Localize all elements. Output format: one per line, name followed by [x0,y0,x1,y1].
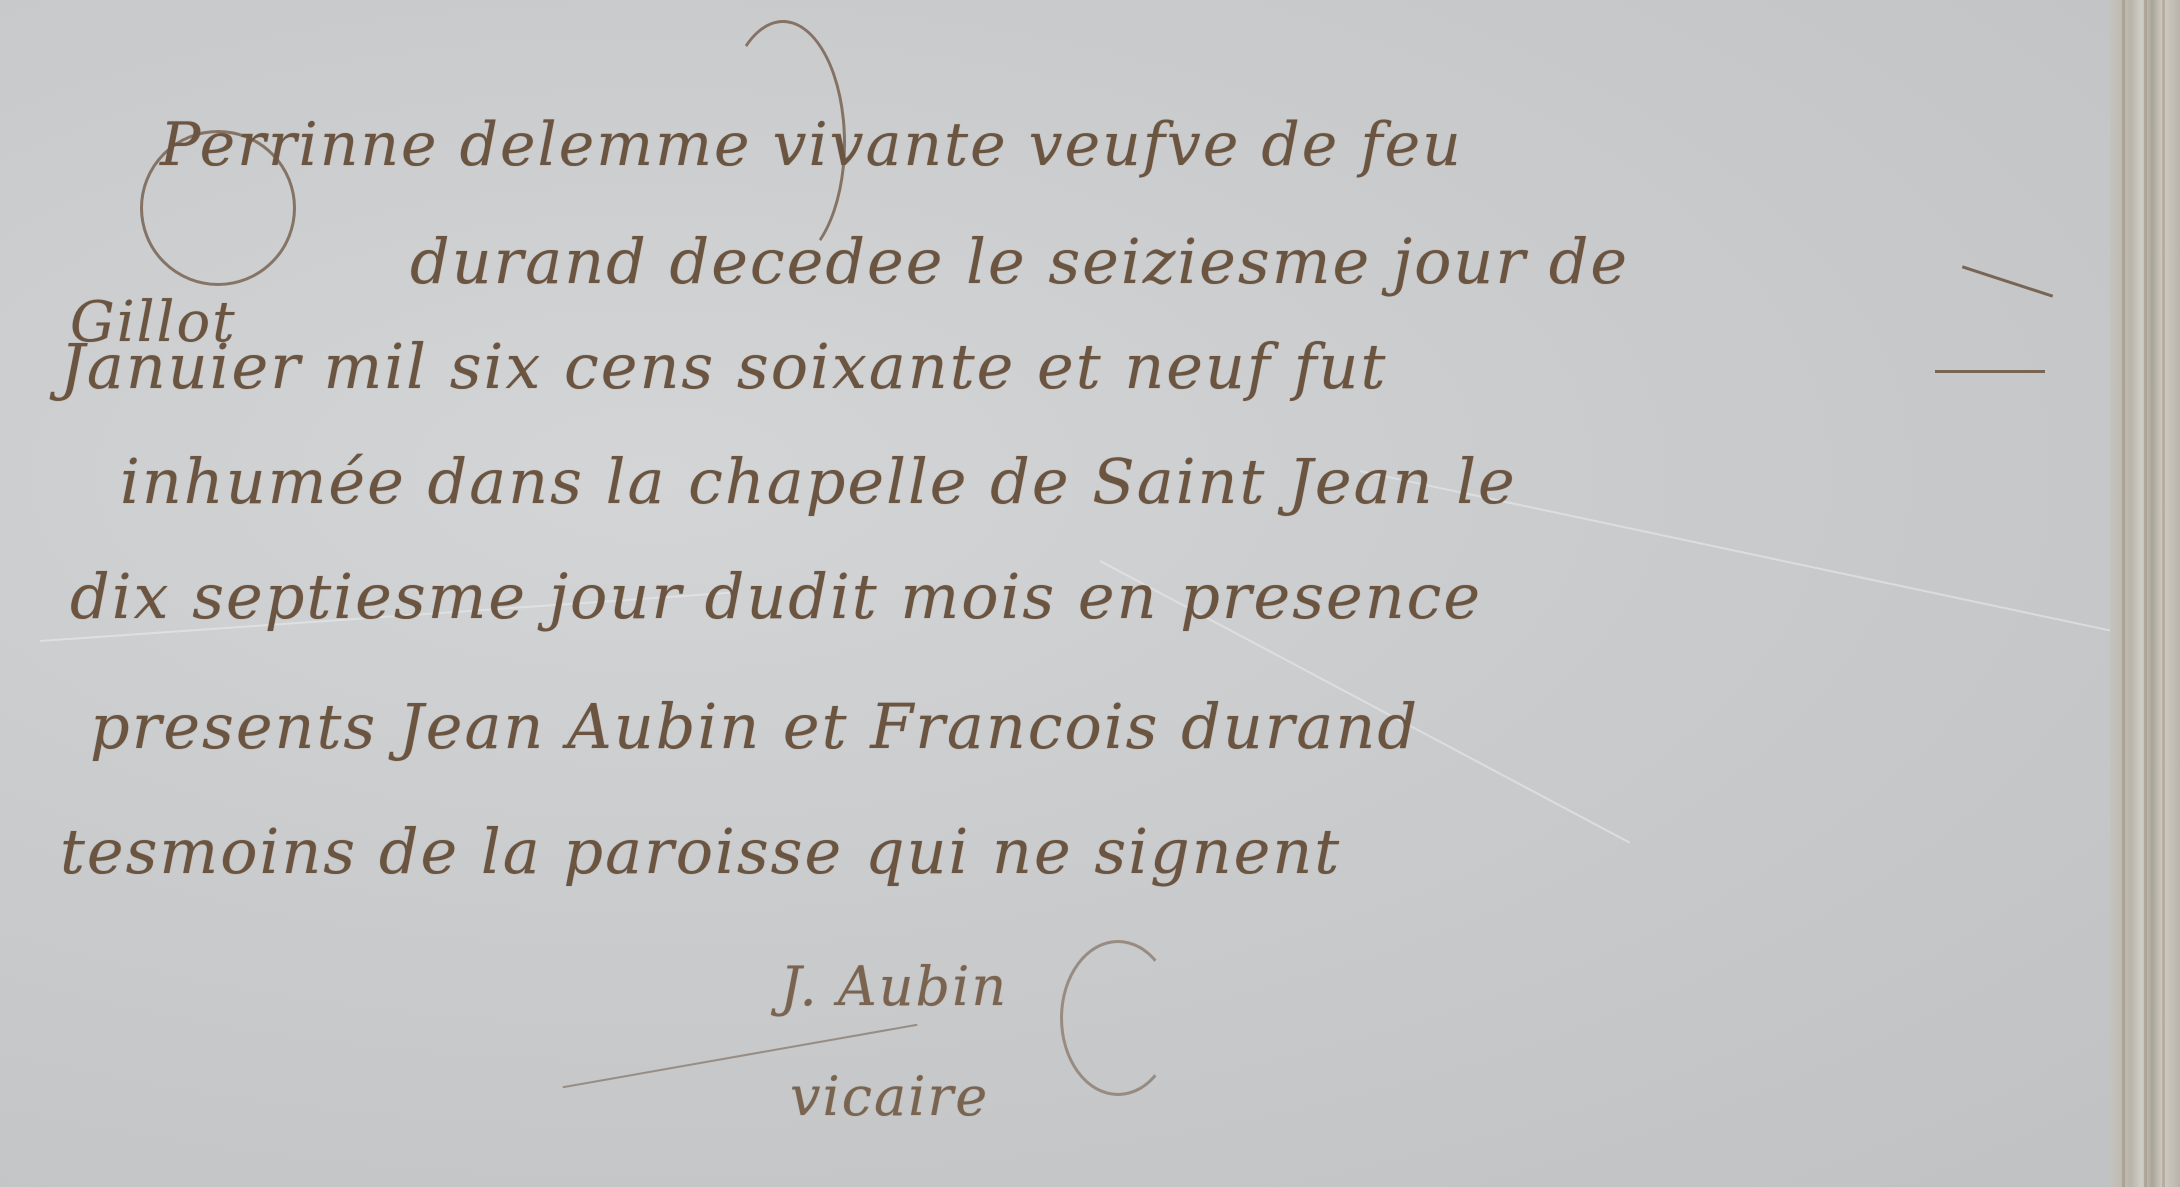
text-line-1: Perrinne delemme vivante veufve de feu [160,110,1463,180]
text-line-6: presents Jean Aubin et Francois durand [90,690,1419,763]
page-edge [2110,0,2180,1187]
text-line-5: dix septiesme jour dudit mois en presenc… [70,560,1482,633]
text-line-3: Januier mil six cens soixante et neuf fu… [60,330,1387,403]
signature-title: vicaire [790,1065,989,1128]
text-line-4: inhumée dans la chapelle de Saint Jean l… [120,445,1517,518]
text-line-2-visible: durand decedee le seiziesme jour de [410,225,1629,298]
text-line-7: tesmoins de la paroisse qui ne signent [60,815,1341,888]
signature-flourish [1060,940,1176,1096]
line-end-dash [1962,265,2053,297]
signature-name: J. Aubin [780,955,1008,1018]
line-end-dash [1935,370,2045,373]
manuscript-page: Perrinne Gillot Perrinne delemme vivante… [0,0,2180,1187]
